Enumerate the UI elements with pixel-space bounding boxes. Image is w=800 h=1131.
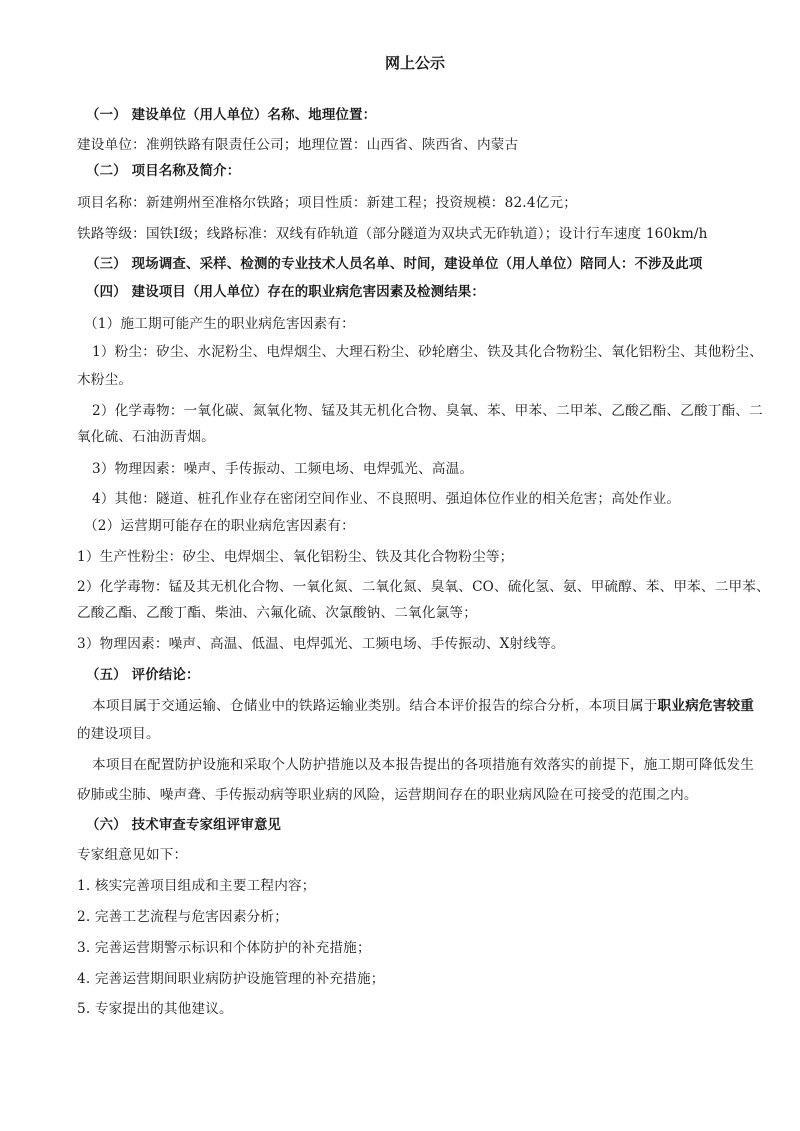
section-2-line: 项目名称：新建朔州至准格尔铁路；项目性质：新建工程；投资规模：82.4亿元； xyxy=(77,194,577,212)
operation-period-title: （2）运营期可能存在的职业病危害因素有： xyxy=(84,517,355,535)
conclusion-paragraph-2: 本项目在配置防护设施和采取个人防护措施以及本报告提出的各项措施有效落实的前提下，… xyxy=(92,756,754,774)
construction-item: 4）其他：隧道、桩孔作业存在密闭空间作业、不良照明、强迫体位作业的相关危害；高处… xyxy=(92,490,680,508)
operation-item-cont: 乙酸乙酯、乙酸丁酯、柴油、六氟化硫、次氯酸钠、二氧化氯等； xyxy=(77,604,477,622)
section-6-heading: （六） 技术审查专家组评审意见 xyxy=(86,817,281,835)
hazard-level-emphasis: 职业病危害较重 xyxy=(658,698,755,714)
expert-intro: 专家组意见如下： xyxy=(77,846,187,864)
expert-item: 2. 完善工艺流程与危害因素分析； xyxy=(77,908,288,926)
section-4-heading: （四） 建设项目（用人单位）存在的职业病危害因素及检测结果： xyxy=(86,284,485,302)
section-5-heading: （五） 评价结论： xyxy=(86,667,200,685)
construction-item-cont: 木粉尘。 xyxy=(77,371,132,389)
conclusion-paragraph-1-cont: 的建设项目。 xyxy=(77,725,160,743)
operation-item: 1）生产性粉尘：矽尘、电焊烟尘、氧化铝粉尘、铁及其化合物粉尘等； xyxy=(77,548,513,566)
expert-item: 5. 专家提出的其他建议。 xyxy=(77,1000,233,1018)
expert-item: 1. 核实完善项目组成和主要工程内容； xyxy=(77,877,316,895)
section-1-body: 建设单位：准朔铁路有限责任公司；地理位置：山西省、陕西省、内蒙古 xyxy=(77,136,518,154)
page-title: 网上公示 xyxy=(0,52,800,73)
section-2-line: 铁路等级：国铁Ⅰ级；线路标准：双线有砟轨道（部分隧道为双块式无砟轨道）；设计行车… xyxy=(77,225,708,243)
operation-item: 2）化学毒物：锰及其无机化合物、一氧化氮、二氧化氮、臭氧、CO、硫化氢、氨、甲硫… xyxy=(77,578,770,596)
operation-item: 3）物理因素：噪声、高温、低温、电焊弧光、工频电场、手传振动、X射线等。 xyxy=(77,635,565,653)
document-page: 网上公示 （一） 建设单位（用人单位）名称、地理位置： 建设单位：准朔铁路有限责… xyxy=(0,0,800,1131)
expert-item: 3. 完善运营期警示标识和个体防护的补充措施； xyxy=(77,939,371,957)
construction-item-cont: 氧化硫、石油沥青烟。 xyxy=(77,428,215,446)
construction-item: 1）粉尘：矽尘、水泥粉尘、电焊烟尘、大理石粉尘、砂轮磨尘、铁及其化合物粉尘、氧化… xyxy=(92,343,763,361)
conclusion-paragraph-2-cont: 矽肺或尘肺、噪声聋、手传振动病等职业病的风险，运营期间存在的职业病风险在可接受的… xyxy=(77,786,698,804)
section-1-heading: （一） 建设单位（用人单位）名称、地理位置： xyxy=(86,107,376,125)
construction-item: 2）化学毒物：一氧化碳、氮氧化物、锰及其无机化合物、臭氧、苯、甲苯、二甲苯、乙酸… xyxy=(92,402,763,420)
conclusion-text: 本项目属于交通运输、仓储业中的铁路运输业类别。结合本评价报告的综合分析，本项目属… xyxy=(92,698,658,714)
expert-item: 4. 完善运营期间职业病防护设施管理的补充措施； xyxy=(77,970,385,988)
conclusion-paragraph-1: 本项目属于交通运输、仓储业中的铁路运输业类别。结合本评价报告的综合分析，本项目属… xyxy=(92,697,754,715)
construction-item: 3）物理因素：噪声、手传振动、工频电场、电焊弧光、高温。 xyxy=(92,460,473,478)
construction-period-title: （1）施工期可能产生的职业病危害因素有： xyxy=(84,315,355,333)
section-3-heading: （三） 现场调查、采样、检测的专业技术人员名单、时间，建设单位（用人单位）陪同人… xyxy=(86,256,702,274)
section-2-heading: （二） 项目名称及简介： xyxy=(86,163,240,181)
